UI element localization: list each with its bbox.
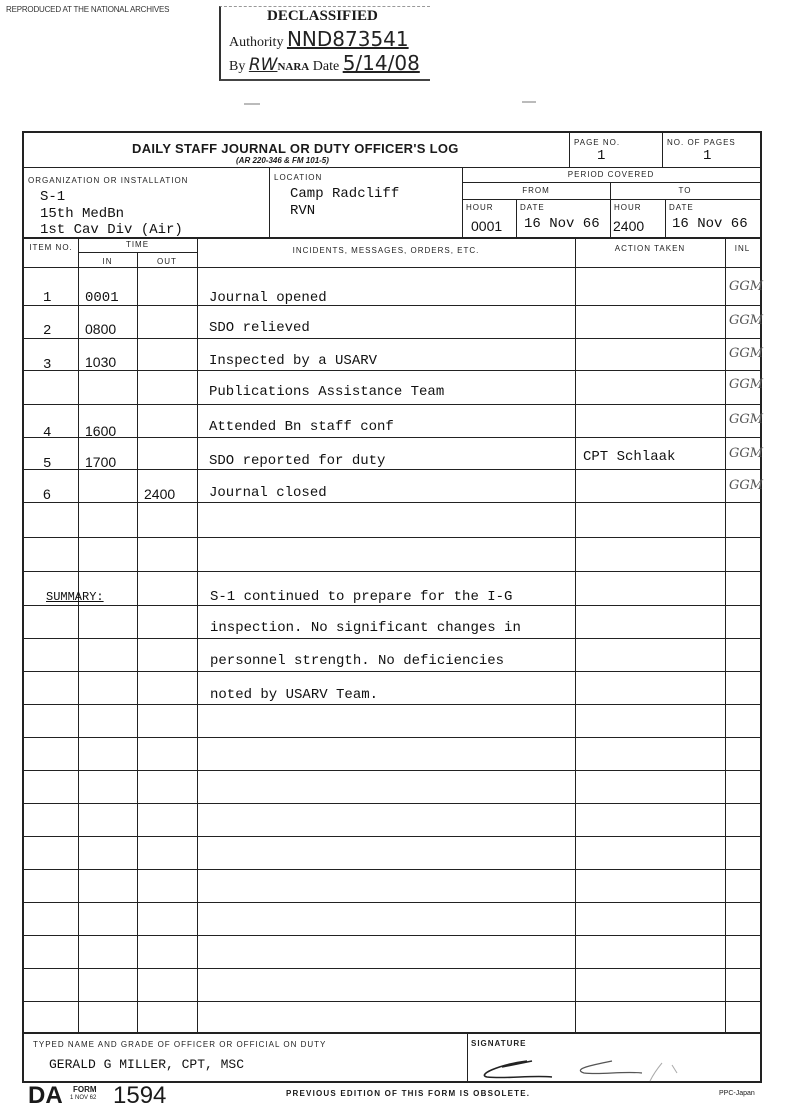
row-line: [24, 338, 760, 339]
date-label: Date: [313, 59, 339, 74]
to-label: TO: [610, 186, 760, 195]
column-divider: [575, 237, 576, 1032]
from-date-label: DATE: [520, 203, 545, 212]
row-2-item: 2: [43, 323, 51, 339]
row-6-incident: Journal closed: [209, 485, 327, 501]
row-3-initials: GGM: [729, 346, 763, 361]
divider: [467, 1032, 468, 1083]
row-1-item: 1: [43, 290, 51, 306]
form-da-label: DA: [28, 1084, 63, 1108]
divider: [24, 267, 760, 268]
row-line: [24, 770, 760, 771]
inl-header: INL: [725, 244, 760, 253]
divider: [610, 182, 611, 237]
organization-line-3: 1st Cav Div (Air): [40, 222, 183, 238]
organization-label: ORGANIZATION OR INSTALLATION: [28, 176, 188, 185]
row-line: [24, 571, 760, 572]
form-number: 1594: [113, 1084, 166, 1108]
declassified-stamp: DECLASSIFIED Authority NND873541 By RWNA…: [219, 6, 430, 81]
divider: [662, 133, 663, 167]
by-initials: RW: [249, 55, 278, 75]
scan-mark: [244, 103, 260, 105]
signature-mark-icon: [472, 1047, 712, 1083]
incidents-header: INCIDENTS, MESSAGES, ORDERS, ETC.: [197, 246, 575, 255]
item-no-header: ITEM NO.: [24, 243, 78, 252]
row-4-item: 4: [43, 425, 51, 441]
to-hour-value: 2400: [613, 218, 644, 234]
from-hour-label: HOUR: [466, 203, 494, 212]
page-no-label: PAGE NO.: [574, 138, 620, 147]
row-1-incident: Journal opened: [209, 290, 327, 306]
summary-label: SUMMARY:: [46, 590, 104, 604]
row-line: [24, 671, 760, 672]
stamp-title: DECLASSIFIED: [267, 8, 378, 25]
divider: [24, 167, 760, 168]
time-out-header: OUT: [137, 257, 197, 266]
summary-line-1: S-1 continued to prepare for the I-G: [210, 589, 512, 605]
nara-label: NARA: [277, 61, 309, 73]
row-line: [24, 869, 760, 870]
to-date-value: 16 Nov 66: [672, 216, 748, 232]
row-line: [24, 502, 760, 503]
organization-line-2: 15th MedBn: [40, 206, 124, 222]
no-of-pages-label: NO. OF PAGES: [667, 138, 736, 147]
form-word: FORM: [73, 1086, 97, 1094]
action-taken-header: ACTION TAKEN: [575, 244, 725, 253]
to-date-label: DATE: [669, 203, 694, 212]
column-divider: [137, 252, 138, 1032]
row-3b-initials: GGM: [729, 377, 763, 392]
summary-line-3: personnel strength. No deficiencies: [210, 653, 504, 669]
from-label: FROM: [462, 186, 610, 195]
location-line-1: Camp Radcliff: [290, 186, 399, 202]
obsolete-note: PREVIOUS EDITION OF THIS FORM IS OBSOLET…: [286, 1089, 530, 1098]
from-date-value: 16 Nov 66: [524, 216, 600, 232]
form-title: DAILY STAFF JOURNAL OR DUTY OFFICER'S LO…: [132, 141, 459, 156]
no-of-pages-value: 1: [703, 148, 711, 164]
time-in-header: IN: [78, 257, 137, 266]
row-3-in: 1030: [85, 354, 116, 370]
row-line: [24, 737, 760, 738]
row-line: [24, 704, 760, 705]
row-5-incident: SDO reported for duty: [209, 453, 385, 469]
row-line: [24, 305, 760, 306]
row-5-in: 1700: [85, 454, 116, 470]
row-line: [24, 404, 760, 405]
row-6-item: 6: [43, 486, 51, 502]
scan-mark: [522, 101, 536, 103]
row-4-in: 1600: [85, 423, 116, 439]
column-divider: [78, 237, 79, 1032]
row-line: [24, 803, 760, 804]
organization-line-1: S-1: [40, 189, 65, 205]
page-no-value: 1: [597, 148, 605, 164]
row-5-initials: GGM: [729, 446, 763, 461]
divider: [665, 199, 666, 237]
column-divider: [197, 237, 198, 1032]
row-3b-incident: Publications Assistance Team: [209, 384, 444, 400]
typed-name-label: TYPED NAME AND GRADE OF OFFICER OR OFFIC…: [33, 1040, 326, 1049]
from-hour-value: 0001: [471, 218, 502, 234]
stamp-by-row: By RWNARA Date 5/14/08: [229, 51, 420, 75]
time-header: TIME: [78, 240, 197, 249]
row-6-initials: GGM: [729, 478, 763, 493]
location-label: LOCATION: [274, 173, 322, 182]
row-line: [24, 537, 760, 538]
by-label: By: [229, 59, 245, 74]
row-5-action: CPT Schlaak: [583, 449, 675, 465]
row-line: [24, 370, 760, 371]
typed-name-value: GERALD G MILLER, CPT, MSC: [49, 1057, 244, 1072]
location-line-2: RVN: [290, 203, 315, 219]
row-line: [24, 935, 760, 936]
daily-staff-journal-form: DAILY STAFF JOURNAL OR DUTY OFFICER'S LO…: [22, 131, 762, 1083]
column-divider: [725, 237, 726, 1032]
row-line: [24, 469, 760, 470]
row-5-item: 5: [43, 456, 51, 472]
divider: [516, 199, 517, 237]
row-3-incident: Inspected by a USARV: [209, 353, 377, 369]
row-1-in: 0001: [85, 290, 119, 306]
row-line: [24, 836, 760, 837]
row-6-out: 2400: [144, 486, 175, 502]
divider: [24, 237, 760, 239]
form-subtitle: (AR 220-346 & FM 101-5): [236, 156, 329, 165]
divider: [269, 167, 270, 237]
divider: [462, 199, 760, 200]
divider: [569, 133, 570, 167]
row-line: [24, 437, 760, 438]
authority-label: Authority: [229, 35, 283, 50]
row-2-in: 0800: [85, 321, 116, 337]
row-line: [24, 638, 760, 639]
row-line: [24, 605, 760, 606]
row-1-initials: GGM: [729, 279, 763, 294]
to-hour-label: HOUR: [614, 203, 642, 212]
stamp-authority-row: Authority NND873541: [229, 27, 409, 51]
row-line: [24, 902, 760, 903]
authority-value: NND873541: [287, 27, 409, 51]
row-2-incident: SDO relieved: [209, 320, 310, 336]
row-line: [24, 1001, 760, 1002]
row-line: [24, 968, 760, 969]
row-line: [24, 1032, 760, 1034]
period-covered-label: PERIOD COVERED: [462, 170, 760, 179]
divider: [462, 182, 760, 183]
printer-note: PPC-Japan: [719, 1090, 755, 1097]
archive-note: REPRODUCED AT THE NATIONAL ARCHIVES: [6, 5, 169, 14]
summary-line-4: noted by USARV Team.: [210, 687, 378, 703]
row-2-initials: GGM: [729, 313, 763, 328]
stamp-date: 5/14/08: [343, 51, 420, 75]
form-date: 1 NOV 62: [70, 1095, 96, 1101]
summary-line-2: inspection. No significant changes in: [210, 620, 521, 636]
row-3-item: 3: [43, 357, 51, 373]
row-4-incident: Attended Bn staff conf: [209, 419, 394, 435]
row-4-initials: GGM: [729, 412, 763, 427]
